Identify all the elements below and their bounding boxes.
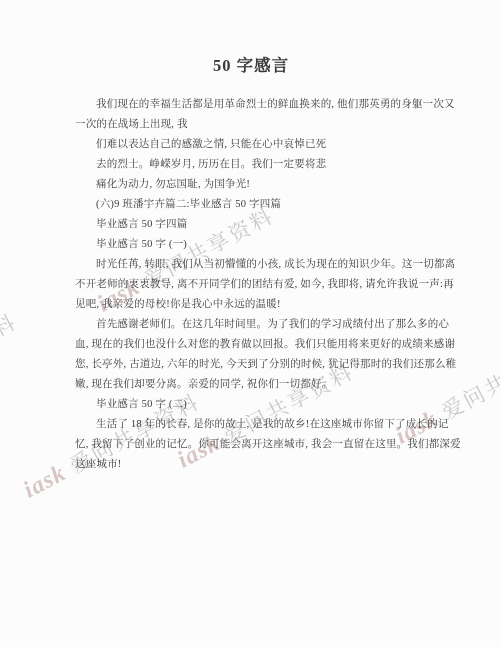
heading-part-1: 毕业感言 50 字 (一) — [75, 235, 427, 255]
heading-four-essays: 毕业感言 50 字四篇 — [75, 215, 427, 235]
paragraph-thanks-teachers: 首先感谢老师们。在这几年时间里。为了我们的学习成绩付出了那么多的心 血, 现在的… — [75, 315, 427, 395]
document-content: 50 字感言 我们现在的幸福生活都是用革命烈士的鲜血换来的, 他们那英勇的身躯一… — [0, 0, 500, 475]
paragraph-part-2: 生活了 18 年的长春, 是你的故土, 是我的故乡!在这座城市你留下了成长的记 … — [75, 415, 427, 475]
paragraph-part-1: 时光任苒, 转眼, 我们从当初懵懂的小孩, 成长为现在的知识少年。这一切都离 不… — [75, 255, 427, 315]
heading-part-2: 毕业感言 50 字 (二) — [75, 395, 427, 415]
document-title: 50 字感言 — [75, 55, 427, 76]
paragraph-opening: 我们现在的幸福生活都是用革命烈士的鲜血换来的, 他们那英勇的身躯一次又 一次的在… — [75, 95, 427, 135]
line-continuation-2: 去的烈士。峥嵘岁月, 历历在目。我们一定要将悲 — [75, 155, 427, 175]
heading-class-author: (六)9 班潘宇卉篇二:毕业感言 50 字四篇 — [75, 195, 427, 215]
line-continuation-1: 们难以表达自己的感激之情, 只能在心中哀悼已死 — [75, 135, 427, 155]
line-continuation-3: 痛化为动力, 勿忘国耻, 为国争光! — [75, 175, 427, 195]
document-page: iask 爱问共享资料 iask 爱问共享资料 iask 爱问共享资料 iask… — [0, 0, 500, 647]
